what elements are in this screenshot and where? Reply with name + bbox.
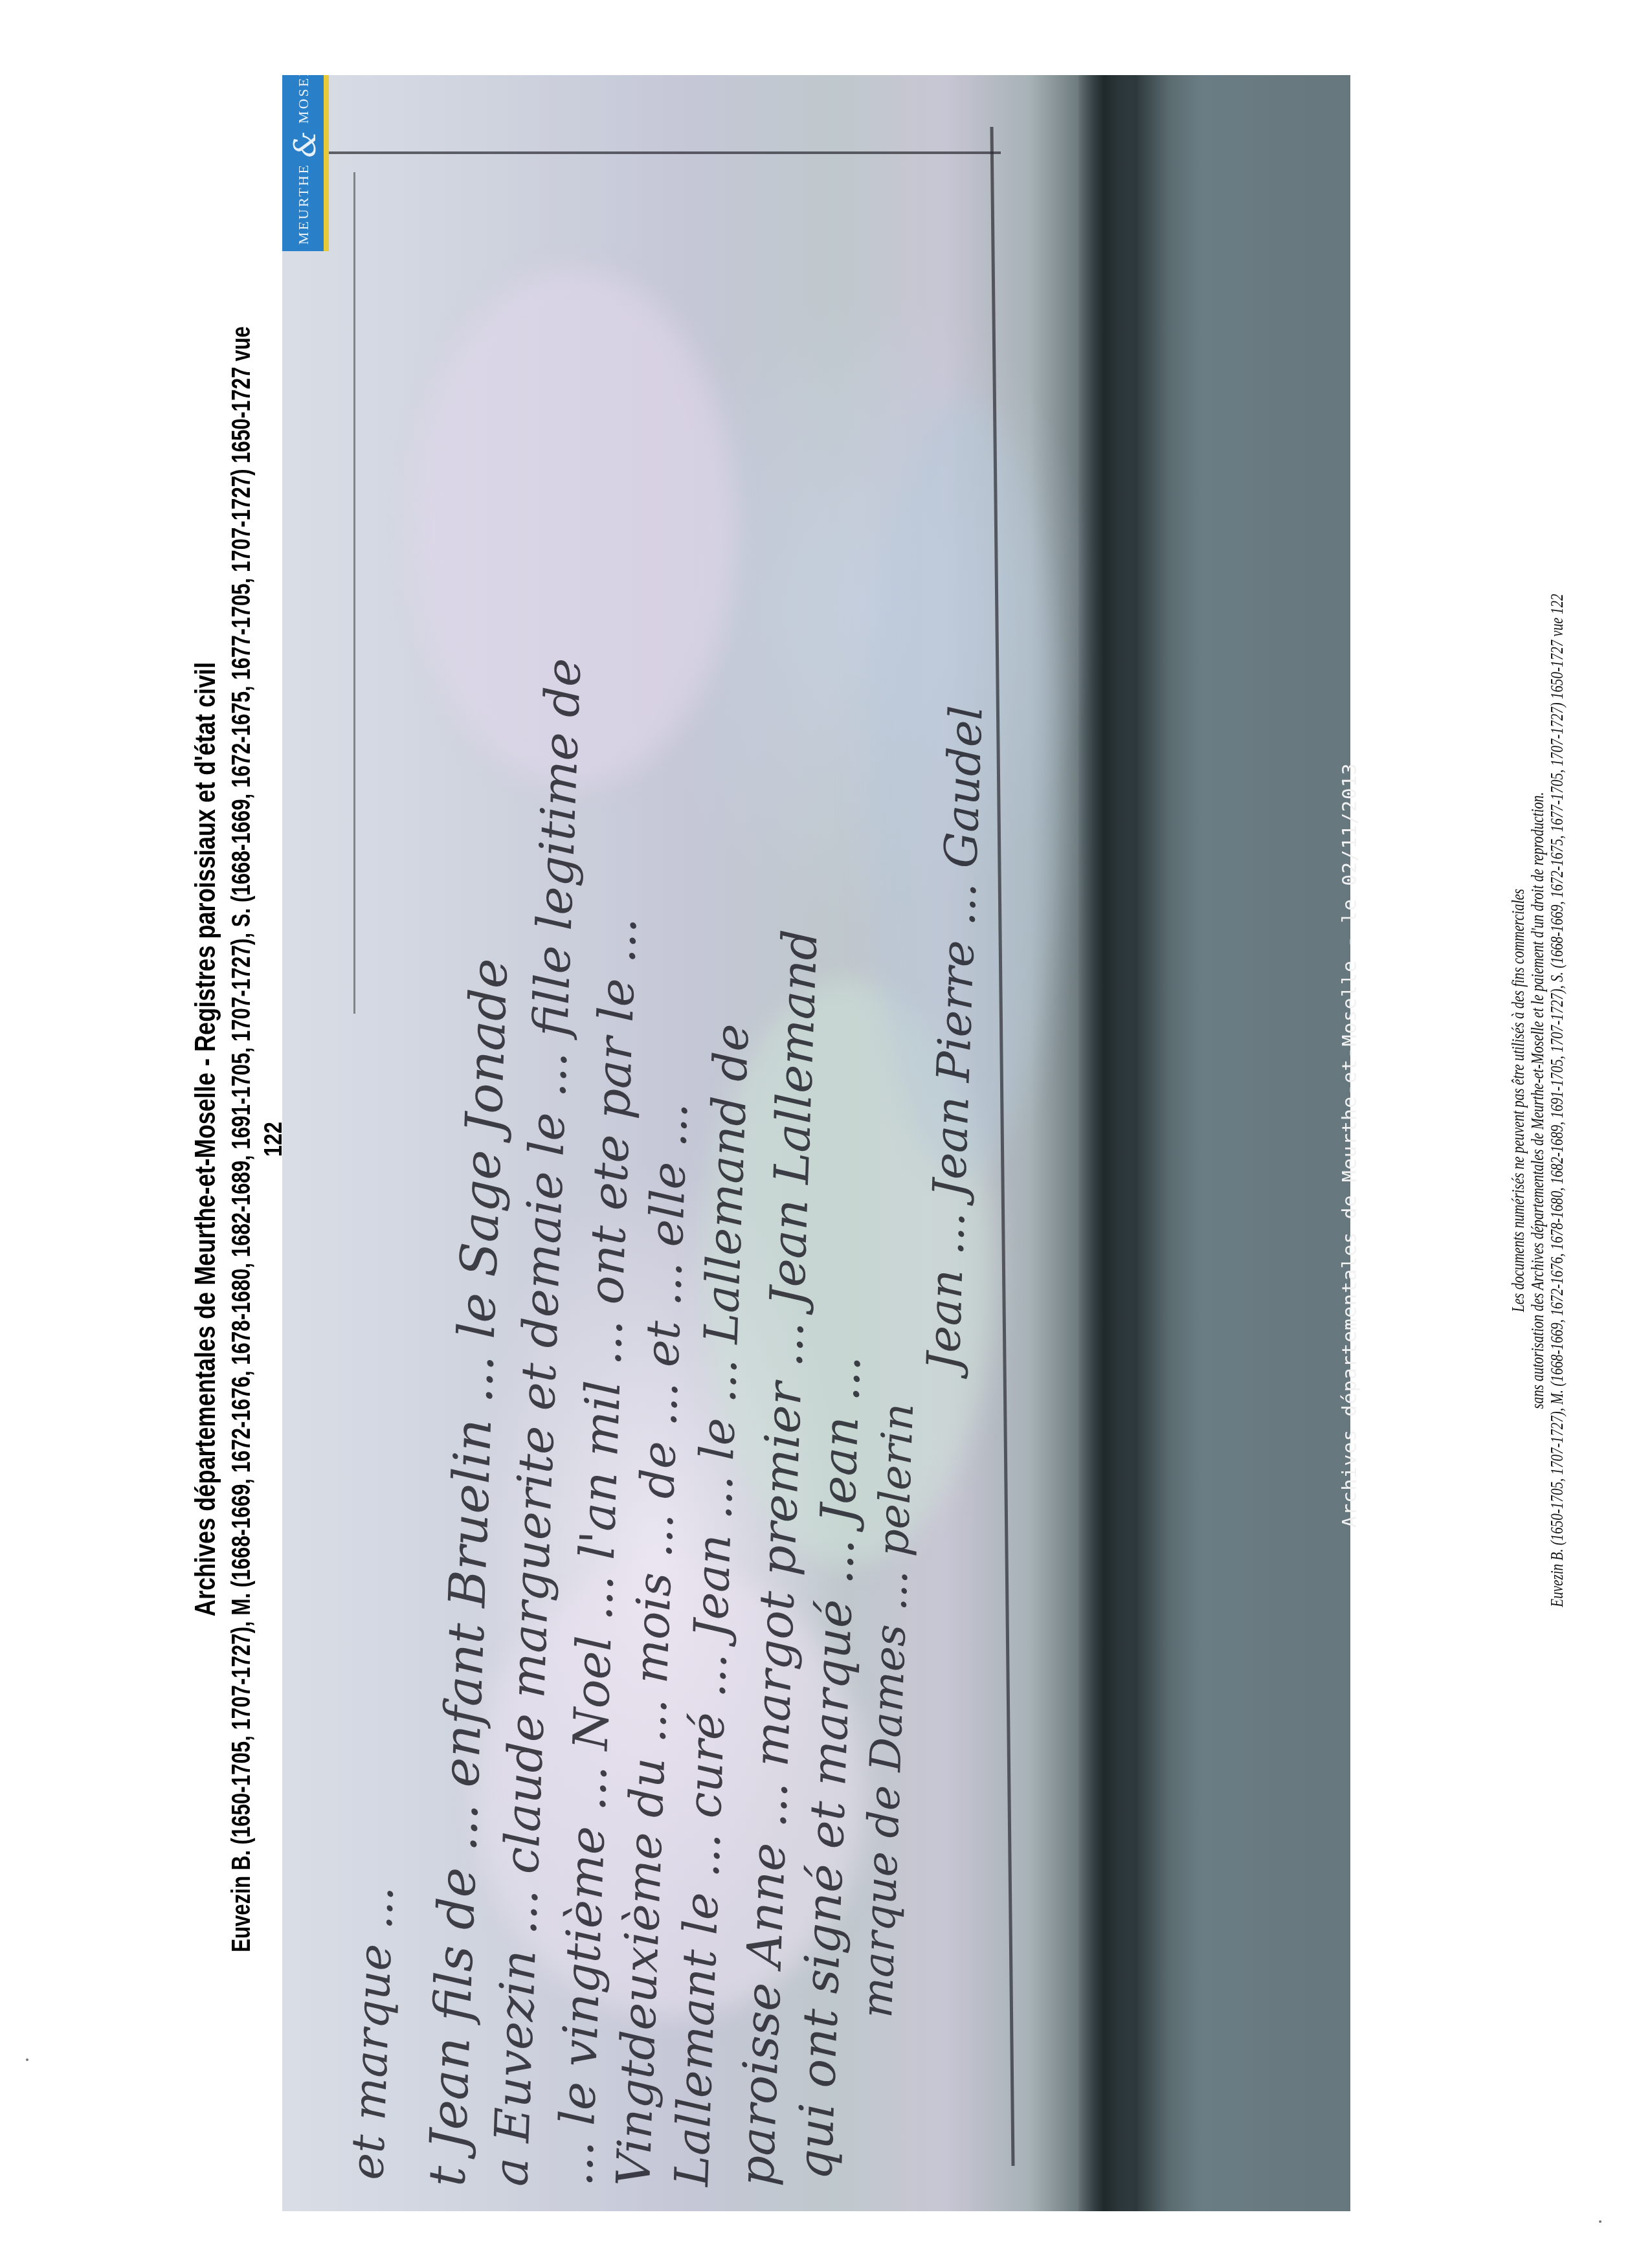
archive-watermark: Archives départementales de Meurthe-et-M… bbox=[1339, 763, 1361, 1528]
watermark-text: Archives départementales de Meurthe-et-M… bbox=[1339, 763, 1361, 1528]
handwritten-line: et marque ... bbox=[340, 1886, 404, 2181]
logo-left-text: MEURTHE bbox=[295, 163, 311, 245]
meurthe-et-moselle-logo: MEURTHE & MOSELLE bbox=[282, 75, 329, 251]
document-header: Archives départementales de Meurthe-et-M… bbox=[188, 65, 289, 2214]
scanned-register-image: MEURTHE & MOSELLE et marque ... t Jean f… bbox=[282, 75, 1350, 2211]
scan-speck bbox=[1599, 2220, 1602, 2223]
footer-line-2: sans autorisation des Archives départeme… bbox=[1528, 444, 1547, 1757]
logo-ampersand: & bbox=[287, 129, 322, 158]
scan-speck bbox=[26, 2058, 28, 2061]
footer-line-3: Euvezin B. (1650-1705, 1707-1727), M. (1… bbox=[1547, 444, 1567, 1757]
book-binding-edge bbox=[1078, 75, 1137, 2211]
footer-line-1: Les documents numérisés ne peuvent pas ê… bbox=[1508, 444, 1528, 1757]
copyright-footer: Les documents numérisés ne peuvent pas ê… bbox=[1508, 259, 1567, 1942]
archive-title: Archives départementales de Meurthe-et-M… bbox=[188, 258, 224, 2020]
register-description: Euvezin B. (1650-1705, 1707-1727), M. (1… bbox=[224, 301, 259, 1978]
logo-right-text: MOSELLE bbox=[295, 75, 311, 124]
